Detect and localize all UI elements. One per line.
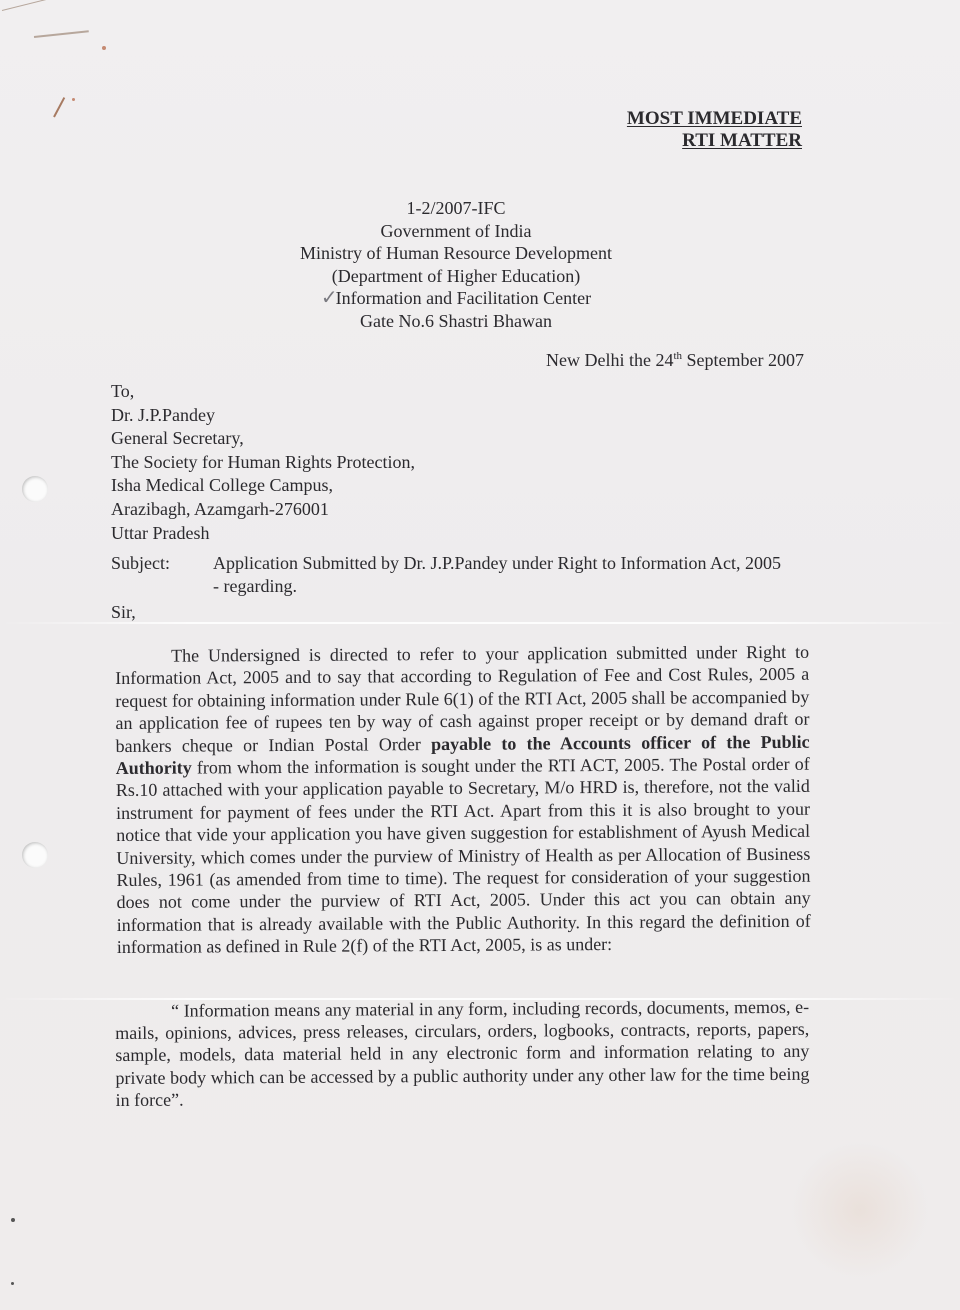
letterhead: 1-2/2007-IFC Government of India Ministr… [280,197,632,333]
paper-stain [790,1140,930,1280]
ministry-name: Ministry of Human Resource Development [280,242,632,265]
quoted-definition: “ Information means any material in any … [115,996,810,1111]
paper-scratch [53,97,65,117]
paper-mark [11,1218,15,1222]
paper-scratch [34,30,89,37]
paper-scratch [2,0,60,11]
priority-line-rti-matter: RTI MATTER [627,130,802,152]
recipient-address-line: Arazibagh, Azamgarh-276001 [111,498,415,522]
punch-hole [22,476,48,502]
government-name: Government of India [280,220,632,243]
greeting: Sir, [111,602,136,623]
scanned-letter-page: MOST IMMEDIATE RTI MATTER 1-2/2007-IFC G… [0,0,960,1310]
file-number: 1-2/2007-IFC [280,197,632,220]
letter-date: New Delhi the 24th September 2007 [546,350,804,371]
punch-hole [22,842,48,868]
priority-marking: MOST IMMEDIATE RTI MATTER [627,108,802,152]
office-address: Gate No.6 Shastri Bhawan [280,310,632,333]
subject-label: Subject: [111,552,213,598]
fold-crease [0,622,960,624]
paper-mark [11,1282,14,1285]
department-name: (Department of Higher Education) [280,265,632,288]
paper-mark [72,98,75,101]
recipient-address: To, Dr. J.P.Pandey General Secretary, Th… [111,380,415,545]
subject-line: Subject: Application Submitted by Dr. J.… [111,552,781,598]
center-name-line: ✓Information and Facilitation Center [280,287,632,310]
body-paragraph: The Undersigned is directed to refer to … [115,641,811,959]
paper-mark [102,46,106,50]
recipient-state: Uttar Pradesh [111,522,415,546]
priority-line-most-immediate: MOST IMMEDIATE [627,108,802,130]
to-label: To, [111,380,415,404]
subject-text: Application Submitted by Dr. J.P.Pandey … [213,552,781,575]
center-name: Information and Facilitation Center [336,288,591,308]
recipient-name: Dr. J.P.Pandey [111,404,415,428]
recipient-title: General Secretary, [111,427,415,451]
recipient-organization: The Society for Human Rights Protection, [111,451,415,475]
subject-text-continued: - regarding. [213,575,781,598]
recipient-address-line: Isha Medical College Campus, [111,474,415,498]
